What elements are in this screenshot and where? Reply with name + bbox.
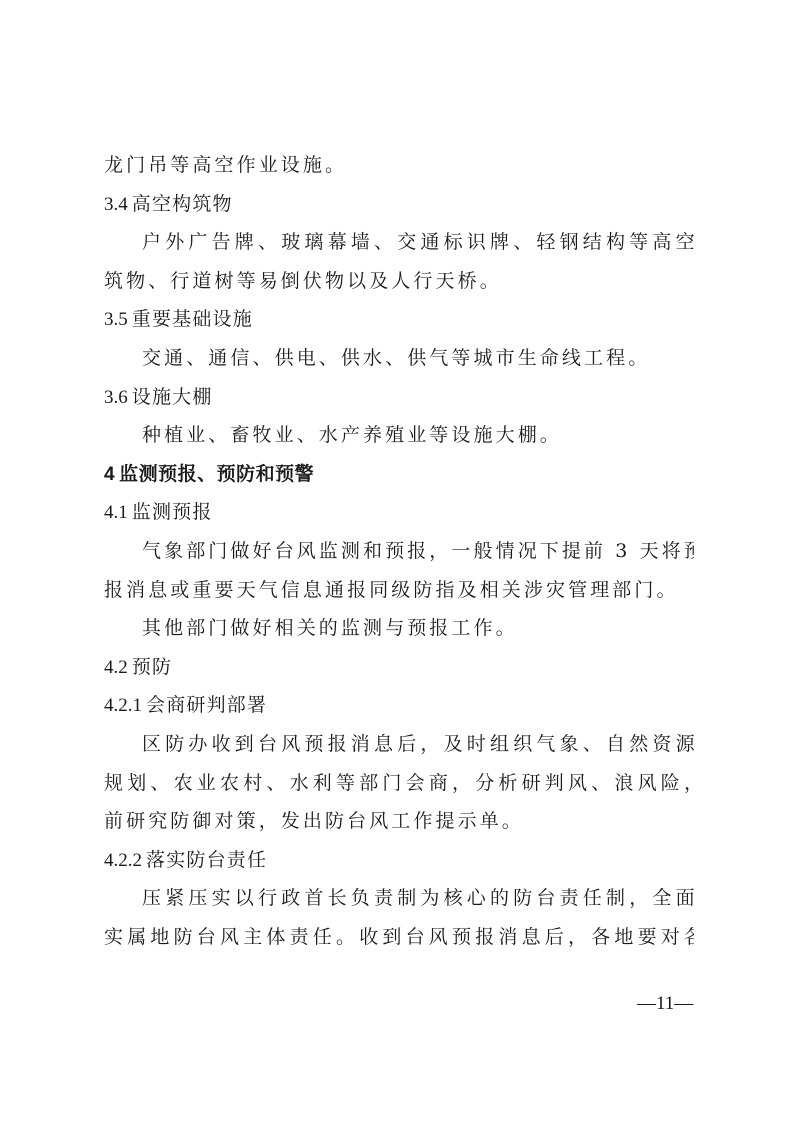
body-text-line: 报消息或重要天气信息通报同级防指及相关涉灾管理部门。 xyxy=(104,571,694,610)
subsection-heading-4-2-2: 4.2.2落实防台责任 xyxy=(104,841,694,880)
section-title: 高空构筑物 xyxy=(132,193,233,215)
paragraph-line: 其他部门做好相关的监测与预报工作。 xyxy=(104,609,694,648)
section-title: 会商研判部署 xyxy=(146,694,267,716)
body-text-line: 规划、农业农村、水利等部门会商，分析研判风、浪风险，提 xyxy=(104,764,694,803)
paragraph-line: 压紧压实以行政首长负责制为核心的防台责任制，全面落 xyxy=(104,879,694,918)
section-number: 3.6 xyxy=(104,387,128,408)
body-text-line: 前研究防御对策，发出防台风工作提示单。 xyxy=(104,802,694,841)
section-heading-4-2: 4.2预防 xyxy=(104,648,694,687)
section-heading-4-1: 4.1监测预报 xyxy=(104,493,694,532)
page-number: —11— xyxy=(637,993,693,1015)
subsection-heading-4-2-1: 4.2.1会商研判部署 xyxy=(104,686,694,725)
body-text-line: 龙门吊等高空作业设施。 xyxy=(104,146,694,185)
body-text-line: 实属地防台风主体责任。收到台风预报消息后，各地要对各级 xyxy=(104,918,694,957)
section-title: 设施大棚 xyxy=(132,386,213,408)
section-number: 3.4 xyxy=(104,194,128,215)
chapter-number: 4 xyxy=(104,464,115,485)
document-page-body: 龙门吊等高空作业设施。 3.4高空构筑物 户外广告牌、玻璃幕墙、交通标识牌、轻钢… xyxy=(104,146,694,956)
section-heading-3-5: 3.5重要基础设施 xyxy=(104,300,694,339)
paragraph-line: 种植业、畜牧业、水产养殖业等设施大棚。 xyxy=(104,416,694,455)
paragraph-line: 气象部门做好台风监测和预报，一般情况下提前 3 天将预 xyxy=(104,532,694,571)
section-title: 落实防台责任 xyxy=(146,849,267,871)
section-number: 3.5 xyxy=(104,309,128,330)
paragraph-line: 区防办收到台风预报消息后，及时组织气象、自然资源和 xyxy=(104,725,694,764)
body-text-line: 筑物、行道树等易倒伏物以及人行天桥。 xyxy=(104,262,694,301)
paragraph-line: 户外广告牌、玻璃幕墙、交通标识牌、轻钢结构等高空构 xyxy=(104,223,694,262)
section-title: 预防 xyxy=(132,656,172,678)
section-number: 4.2.1 xyxy=(104,695,142,716)
paragraph-line: 交通、通信、供电、供水、供气等城市生命线工程。 xyxy=(104,339,694,378)
section-number: 4.2.2 xyxy=(104,850,142,871)
chapter-heading-4: 4监测预报、预防和预警 xyxy=(104,455,694,494)
chapter-title: 监测预报、预防和预警 xyxy=(119,463,314,485)
section-title: 监测预报 xyxy=(132,501,213,523)
section-number: 4.1 xyxy=(104,502,128,523)
section-heading-3-4: 3.4高空构筑物 xyxy=(104,185,694,224)
section-heading-3-6: 3.6设施大棚 xyxy=(104,378,694,417)
section-number: 4.2 xyxy=(104,657,128,678)
section-title: 重要基础设施 xyxy=(132,308,253,330)
